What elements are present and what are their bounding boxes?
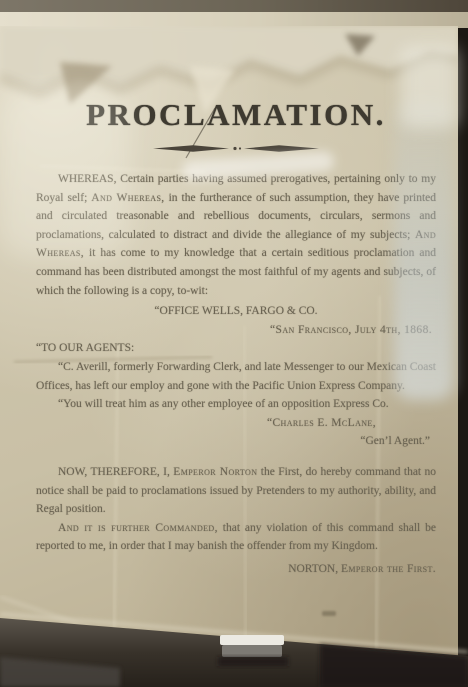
to-our-agents-line: “TO OUR AGENTS: [36,339,436,358]
office-line: “OFFICE WELLS, FARGO & CO. [36,302,436,321]
document-content: PROCLAMATION. WHEREAS, Certain parties h… [0,26,458,687]
document-body: WHEREAS, Certain parties having assumed … [36,170,436,578]
further-commanded-paragraph: And it is further Commanded, that any vi… [36,519,436,556]
now-therefore-paragraph: NOW, THEREFORE, I, Emperor Norton the Fi… [36,463,436,519]
bottom-backing [0,595,468,687]
norton-signature: NORTON, Emperor the First. [36,560,436,579]
divider-wrap [36,142,436,156]
dateline: “San Francisco, July 4th, 1868. [36,321,436,340]
treat-paragraph: “You will treat him as any other employe… [36,395,436,414]
whereas-paragraph: WHEREAS, Certain parties having assumed … [36,170,436,300]
photo-of-framed-proclamation: PROCLAMATION. WHEREAS, Certain parties h… [0,0,468,687]
mclane-signature: “Charles E. McLane, [36,414,436,433]
retaining-clip [218,635,288,666]
genl-agent-line: “Gen’l Agent.” [36,432,436,451]
document-title: PROCLAMATION. [36,98,436,132]
paper-sheet: PROCLAMATION. WHEREAS, Certain parties h… [0,26,458,687]
divider-ornament-icon [151,142,321,155]
averill-paragraph: “C. Averill, formerly Forwarding Clerk, … [36,358,436,395]
